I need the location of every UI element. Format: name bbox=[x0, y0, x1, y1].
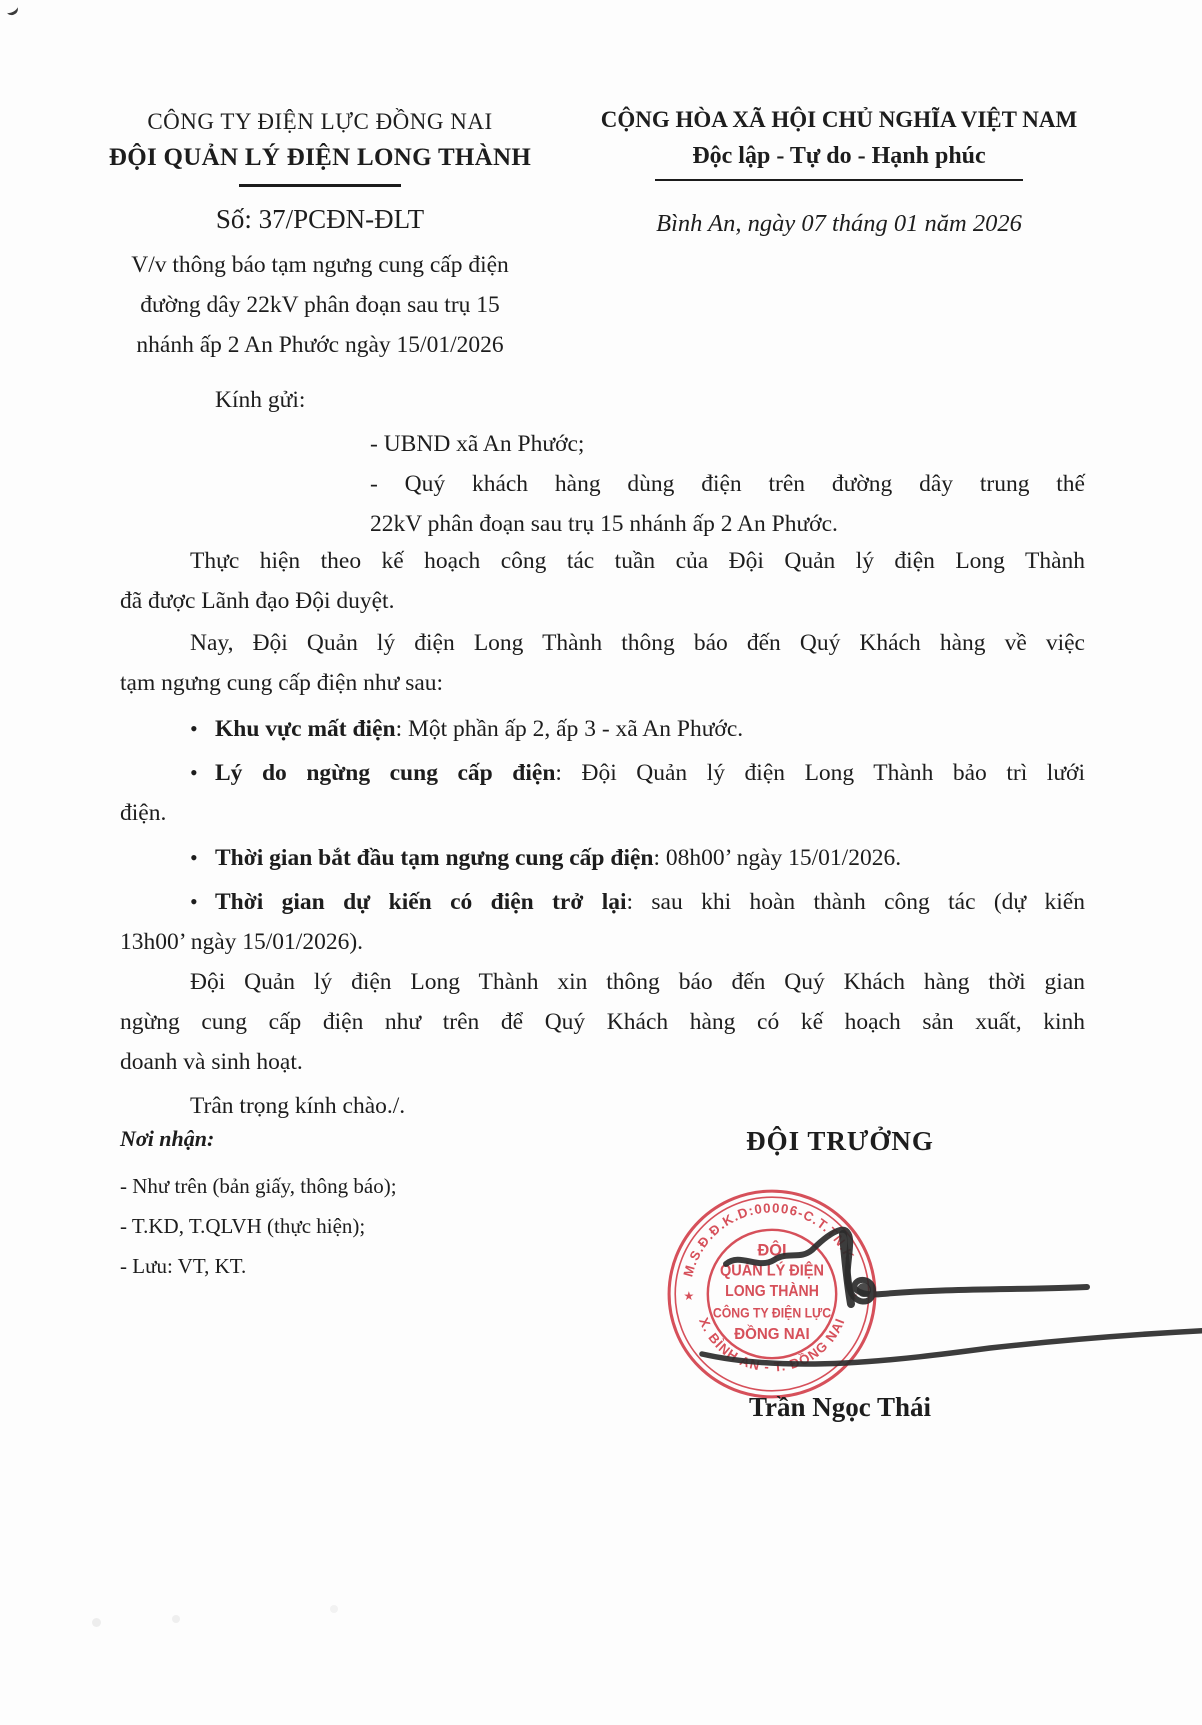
line-text: đã được Lãnh đạo Đội duyệt. bbox=[120, 588, 394, 614]
text-line: 22kV phân đoạn sau trụ 15 nhánh ấp 2 An … bbox=[120, 504, 1085, 544]
line-text: Trân trọng kính chào./. bbox=[190, 1093, 405, 1119]
recipients-list: - Như trên (bản giấy, thông báo);- T.KD,… bbox=[120, 1166, 550, 1286]
team-name: ĐỘI QUẢN LÝ ĐIỆN LONG THÀNH bbox=[103, 142, 537, 174]
scan-artifact bbox=[4, 2, 20, 17]
country-motto-title: CỘNG HÒA XÃ HỘI CHỦ NGHĨA VIỆT NAM bbox=[588, 106, 1090, 134]
text-line: đã được Lãnh đạo Đội duyệt. bbox=[120, 581, 1085, 621]
recipients-block: Nơi nhận: - Như trên (bản giấy, thông bá… bbox=[120, 1124, 550, 1286]
signer-title: ĐỘI TRƯỞNG bbox=[680, 1126, 1000, 1157]
document-number: Số: 37/PCĐN-ĐLT bbox=[103, 203, 537, 235]
line-text: Nay, Đội Quản lý điện Long Thành thông b… bbox=[190, 630, 1085, 656]
line-text: tạm ngưng cung cấp điện như sau: bbox=[120, 670, 443, 696]
line-text: : 08h00’ ngày 15/01/2026. bbox=[653, 845, 901, 871]
text-line: doanh và sinh hoạt. bbox=[120, 1042, 1085, 1082]
signature-stroke-main bbox=[726, 1230, 1087, 1302]
salutation-block: Kính gửi:- UBND xã An Phước;- Quý khách … bbox=[120, 380, 1085, 544]
text-line: - Lưu: VT, KT. bbox=[120, 1246, 550, 1286]
text-line: •Khu vực mất điện: Một phần ấp 2, ấp 3 -… bbox=[120, 709, 1085, 749]
line-text: ngừng cung cấp điện như trên để Quý Khác… bbox=[120, 1009, 1085, 1035]
text-line: Kính gửi: bbox=[120, 380, 1085, 420]
document-subject: V/v thông báo tạm ngưng cung cấp điệnđườ… bbox=[103, 245, 537, 365]
independence-motto: Độc lập - Tự do - Hạnh phúc bbox=[588, 141, 1090, 171]
signature-ink bbox=[640, 1180, 1202, 1420]
motto-underline bbox=[655, 179, 1023, 181]
line-text: Thực hiện theo kế hoạch công tác tuần củ… bbox=[190, 548, 1085, 574]
line-text: đường dây 22kV phân đoạn sau trụ 15 bbox=[140, 292, 500, 318]
bullet-icon: • bbox=[190, 709, 198, 749]
line-text: 13h00’ ngày 15/01/2026). bbox=[120, 929, 363, 955]
bold-lead-label: Thời gian dự kiến có điện trở lại bbox=[215, 889, 627, 915]
text-line: ngừng cung cấp điện như trên để Quý Khác… bbox=[120, 1002, 1085, 1042]
text-line: Nay, Đội Quản lý điện Long Thành thông b… bbox=[120, 623, 1085, 663]
signature-stroke-lower bbox=[702, 1329, 1202, 1364]
bullet-icon: • bbox=[190, 838, 198, 878]
text-line: 13h00’ ngày 15/01/2026). bbox=[120, 922, 1085, 962]
scan-noise-dot bbox=[172, 1615, 180, 1623]
scan-noise-dot bbox=[330, 1605, 338, 1613]
line-text: điện. bbox=[120, 800, 166, 826]
bullet-icon: • bbox=[190, 753, 198, 793]
line-text: - Lưu: VT, KT. bbox=[120, 1254, 246, 1278]
signature-ink-blob bbox=[857, 1283, 871, 1297]
letter-body: Thực hiện theo kế hoạch công tác tuần củ… bbox=[120, 541, 1085, 1126]
line-text: : Một phần ấp 2, ấp 3 - xã An Phước. bbox=[396, 716, 744, 742]
text-line: tạm ngưng cung cấp điện như sau: bbox=[120, 663, 1085, 703]
signer-name: Trần Ngọc Thái bbox=[680, 1392, 1000, 1423]
line-text: : Đội Quản lý điện Long Thành bảo trì lư… bbox=[555, 760, 1085, 786]
text-line: •Thời gian dự kiến có điện trở lại: sau … bbox=[120, 882, 1085, 922]
text-line: •Thời gian bắt đầu tạm ngưng cung cấp đi… bbox=[120, 838, 1085, 878]
text-line: - UBND xã An Phước; bbox=[120, 424, 1085, 464]
text-line: •Lý do ngừng cung cấp điện: Đội Quản lý … bbox=[120, 753, 1085, 793]
line-text: - Quý khách hàng dùng điện trên đường dâ… bbox=[370, 471, 1085, 497]
text-line: đường dây 22kV phân đoạn sau trụ 15 bbox=[103, 285, 537, 325]
recipients-title: Nơi nhận: bbox=[120, 1124, 550, 1154]
line-text: - UBND xã An Phước; bbox=[370, 431, 584, 457]
place-and-date: Bình An, ngày 07 tháng 01 năm 2026 bbox=[588, 209, 1090, 239]
bold-lead-label: Thời gian bắt đầu tạm ngưng cung cấp điệ… bbox=[215, 845, 653, 871]
line-text: - T.KD, T.QLVH (thực hiện); bbox=[120, 1214, 365, 1238]
line-text: Kính gửi: bbox=[215, 387, 305, 413]
text-line: V/v thông báo tạm ngưng cung cấp điện bbox=[103, 245, 537, 285]
bold-lead-label: Lý do ngừng cung cấp điện bbox=[215, 760, 555, 786]
line-text: 22kV phân đoạn sau trụ 15 nhánh ấp 2 An … bbox=[370, 511, 838, 537]
line-text: : sau khi hoàn thành công tác (dự kiến bbox=[627, 889, 1085, 915]
line-text: Đội Quản lý điện Long Thành xin thông bá… bbox=[190, 969, 1085, 995]
text-line: - Như trên (bản giấy, thông báo); bbox=[120, 1166, 550, 1206]
line-text: doanh và sinh hoạt. bbox=[120, 1049, 303, 1075]
national-header: CỘNG HÒA XÃ HỘI CHỦ NGHĨA VIỆT NAM Độc l… bbox=[588, 106, 1090, 239]
scan-noise-dot bbox=[92, 1618, 101, 1627]
company-name: CÔNG TY ĐIỆN LỰC ĐỒNG NAI bbox=[103, 108, 537, 136]
issuer-header: CÔNG TY ĐIỆN LỰC ĐỒNG NAI ĐỘI QUẢN LÝ ĐI… bbox=[103, 108, 537, 365]
line-text: nhánh ấp 2 An Phước ngày 15/01/2026 bbox=[136, 332, 503, 358]
text-line: - Quý khách hàng dùng điện trên đường dâ… bbox=[120, 464, 1085, 504]
text-line: - T.KD, T.QLVH (thực hiện); bbox=[120, 1206, 550, 1246]
bold-lead-label: Khu vực mất điện bbox=[215, 716, 396, 742]
text-line: Trân trọng kính chào./. bbox=[120, 1086, 1085, 1126]
text-line: điện. bbox=[120, 793, 1085, 833]
scanned-official-letter: CÔNG TY ĐIỆN LỰC ĐỒNG NAI ĐỘI QUẢN LÝ ĐI… bbox=[0, 0, 1202, 1725]
text-line: Đội Quản lý điện Long Thành xin thông bá… bbox=[120, 962, 1085, 1002]
header-underline bbox=[239, 184, 401, 187]
line-text: V/v thông báo tạm ngưng cung cấp điện bbox=[131, 252, 509, 278]
text-line: nhánh ấp 2 An Phước ngày 15/01/2026 bbox=[103, 325, 537, 365]
text-line: Thực hiện theo kế hoạch công tác tuần củ… bbox=[120, 541, 1085, 581]
line-text: - Như trên (bản giấy, thông báo); bbox=[120, 1174, 397, 1198]
bullet-icon: • bbox=[190, 882, 198, 922]
